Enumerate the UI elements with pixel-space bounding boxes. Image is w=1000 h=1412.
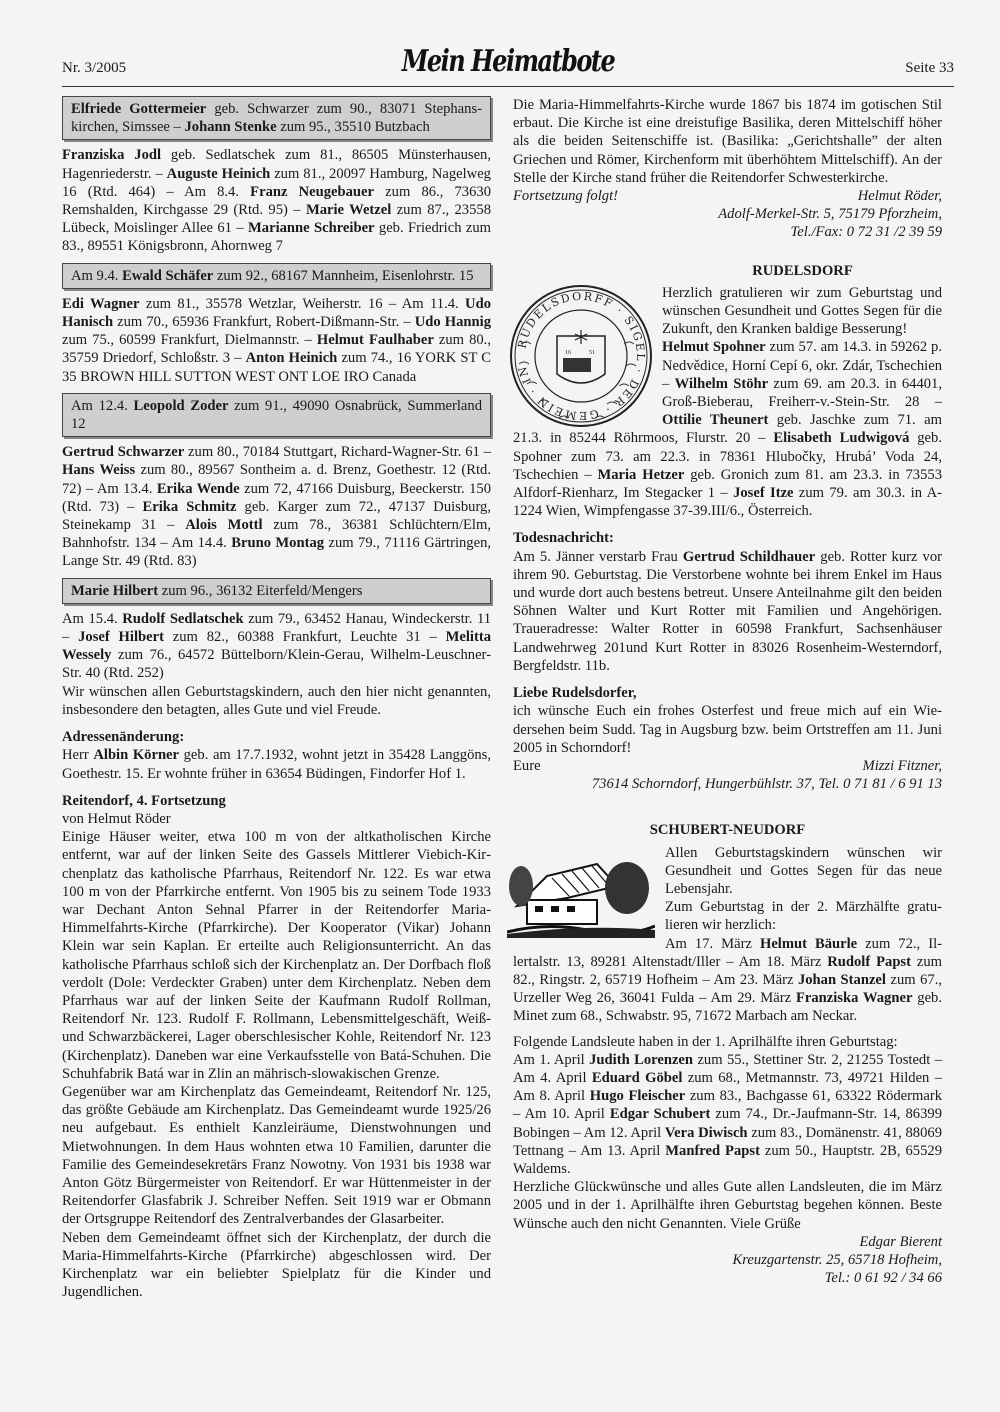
death-notice: Am 5. Jänner verstarb Frau Gertrud Schil… [513, 548, 942, 675]
letter-signature: Eure Mizzi Fitzner, [513, 757, 942, 775]
right-column: Die Maria-Himmelfahrts-Kirche wurde 1867… [513, 96, 942, 1287]
article-paragraph: Gegenüber war am Kirchenplatz das Gemein… [62, 1083, 491, 1229]
svg-text:16: 16 [565, 350, 571, 356]
birthday-list: Am 1. April Judith Lorenzen zum 55., Ste… [513, 1051, 942, 1178]
article-byline: von Helmut Röder [62, 810, 491, 828]
letter-body: ich wünsche Euch ein frohes Osterfest un… [513, 702, 942, 757]
person-name: Elfriede Gottermeier [71, 101, 206, 117]
left-column: Elfriede Gottermeier geb. Schwarzer zum … [62, 96, 491, 1301]
closing-wishes: Herzliche Glückwünsche und alles Gute al… [513, 1178, 942, 1233]
rudelsdorf-section: RUDELSDORFF · SIGEL · DER · GEMEIN · IN … [513, 284, 942, 521]
page-number: Seite 33 [905, 60, 954, 77]
article-paragraph: Einige Häuser weiter, etwa 100 m von der… [62, 828, 491, 1083]
birthday-list: Gertrud Schwarzer zum 80., 70184 Stuttga… [62, 443, 491, 570]
issue-number: Nr. 3/2005 [62, 60, 126, 77]
section-heading: Todesnachricht: [513, 529, 942, 547]
birthday-list: Edi Wagner zum 81., 35578 Wetzlar, Weihe… [62, 295, 491, 386]
masthead-logo: Mein Heimatbote [402, 42, 615, 78]
article-paragraph: Die Maria-Himmelfahrts-Kirche wurde 1867… [513, 96, 942, 187]
address-change-text: Herr Albin Körner geb. am 17.7.1932, woh… [62, 746, 491, 782]
page-header: Nr. 3/2005 Mein Heimatbote Seite 33 [62, 46, 954, 87]
birthday-list: Am 15.4. Rudolf Sedlatschek zum 79., 634… [62, 610, 491, 683]
section-heading: Liebe Rudelsdorfer, [513, 684, 942, 702]
person-name: Johann Stenke [185, 119, 277, 135]
section-heading-rudelsdorf: RUDELSDORF [513, 262, 942, 280]
svg-text:51: 51 [589, 350, 595, 356]
highlight-box: Elfriede Gottermeier geb. Schwarzer zum … [62, 96, 491, 140]
farmhouse-drawing-icon [507, 846, 655, 938]
highlight-box: Am 9.4. Ewald Schäfer zum 92., 68167 Man… [62, 263, 491, 289]
article-signature: Fortsetzung folgt! Helmut Röder, [513, 187, 942, 205]
section-heading-schubert-neudorf: SCHUBERT-NEUDORF [513, 821, 942, 839]
highlight-box: Marie Hilbert zum 96., 36132 Eiterfeld/M… [62, 578, 491, 604]
article-paragraph: Neben dem Gemeindeamt öffnet sich der Ki… [62, 1229, 491, 1302]
wishes-text: Wir wünschen allen Geburtstagskindern, a… [62, 683, 491, 719]
town-seal-icon: RUDELSDORFF · SIGEL · DER · GEMEIN · IN … [509, 284, 654, 429]
schubert-neudorf-section: Allen Geburtstagskindern wünschen wir Ge… [513, 844, 942, 1026]
highlight-box: Am 12.4. Leopold Zoder zum 91., 49090 Os… [62, 393, 491, 437]
article-heading: Reitendorf, 4. Fortsetzung [62, 792, 491, 810]
section-heading: Adressenänderung: [62, 728, 491, 746]
birthday-list: Franziska Jodl geb. Sedlatschek zum 81.,… [62, 146, 491, 255]
birthday-list: Am 17. März Helmut Bäurle zum 72., Il­le… [513, 935, 942, 1026]
